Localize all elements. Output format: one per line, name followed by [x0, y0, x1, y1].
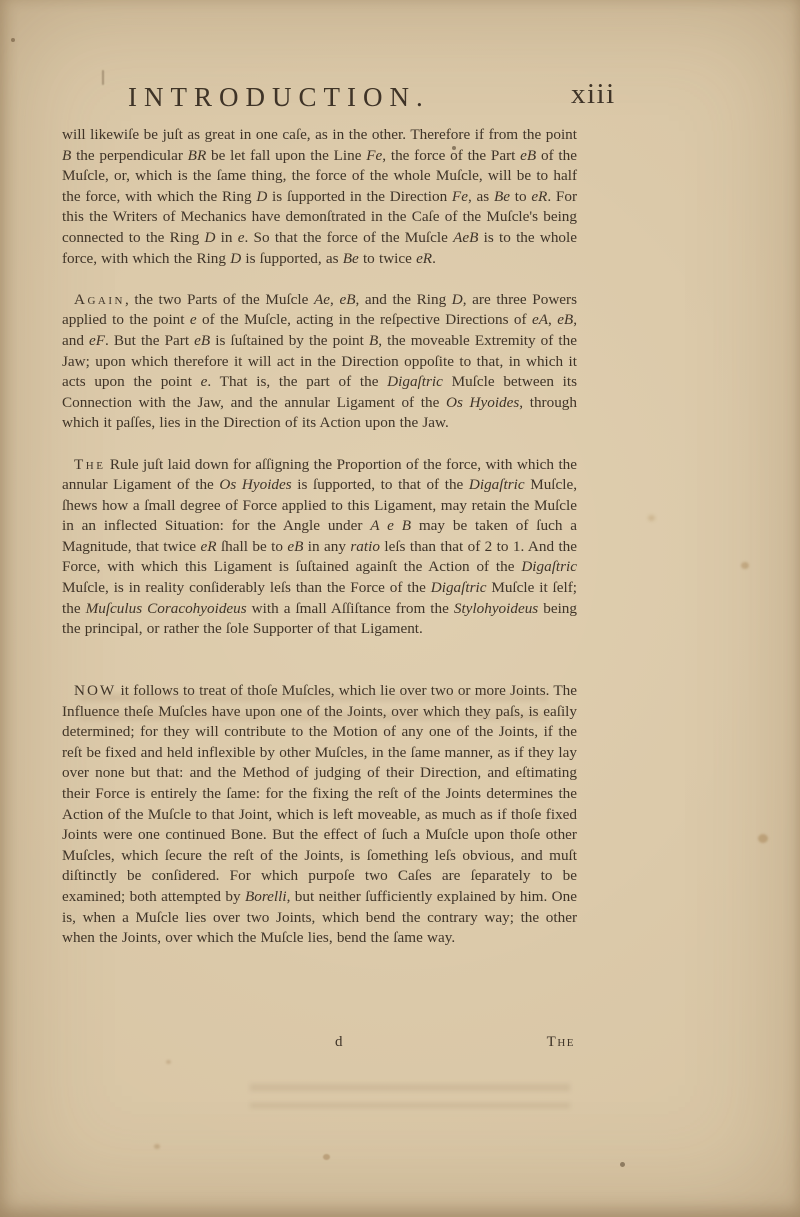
- catchword: The: [547, 1034, 575, 1051]
- text-run-r: of the Muſcle, acting in the reſpective …: [197, 311, 532, 328]
- text-run-caps: NOW: [74, 682, 116, 699]
- text-run-i: Digaſtric: [431, 579, 487, 596]
- text-run-i: Be: [494, 188, 510, 205]
- text-run-r: . But the Part: [105, 332, 194, 349]
- text-run-i: B: [62, 147, 71, 164]
- text-run-i: A e B: [370, 517, 411, 534]
- text-run-i: Os Hyoides: [219, 476, 291, 493]
- paragraph-muscles-over-joints: NOW it follows to treat of thoſe Muſcles…: [62, 681, 577, 949]
- text-run-i: Stylohyoideus: [454, 600, 538, 617]
- ink-speck: [620, 1162, 625, 1167]
- text-run-i: eR: [531, 188, 547, 205]
- text-run-i: BR: [188, 147, 207, 164]
- book-page-scan: INTRODUCTION. xiii will likewiſe be juſt…: [0, 0, 800, 1217]
- text-run-i: Digaſtric: [521, 558, 577, 575]
- text-run-r: is ſuſtained by the point: [210, 332, 369, 349]
- text-run-r: Muſcle, is in reality conſiderably leſs …: [62, 579, 431, 596]
- foxing-spot: [758, 834, 768, 843]
- text-run-sc: The: [74, 456, 105, 473]
- text-run-i: Os Hyoides: [446, 394, 519, 411]
- text-run-i: Be: [343, 250, 359, 267]
- text-run-r: it follows to treat of thoſe Muſcles, wh…: [62, 682, 577, 905]
- text-block: will likewiſe be juſt as great in one ca…: [62, 125, 577, 949]
- text-run-r: will likewiſe be juſt as great in one ca…: [62, 126, 577, 143]
- page-number: xiii: [571, 78, 616, 111]
- text-run-sc: Again: [74, 291, 125, 308]
- text-run-r: to: [510, 188, 531, 205]
- paragraph-again-three-powers: Again, the two Parts of the Muſcle Ae, e…: [62, 290, 577, 434]
- text-run-i: D: [452, 291, 463, 308]
- foxing-spot: [154, 1144, 160, 1149]
- text-run-r: , and the Ring: [356, 291, 452, 308]
- page-header: INTRODUCTION. xiii: [62, 82, 577, 126]
- text-run-i: eR: [416, 250, 432, 267]
- text-run-r: the perpendicular: [71, 147, 187, 164]
- text-run-i: Fe: [366, 147, 382, 164]
- text-run-i: Muſculus Coracohyoideus: [86, 600, 247, 617]
- foxing-spot: [166, 1060, 171, 1064]
- text-run-i: Borelli: [245, 888, 287, 905]
- text-run-r: is ſupported, as: [241, 250, 343, 267]
- text-run-r: .: [432, 250, 436, 267]
- ink-speck: [11, 38, 15, 42]
- text-run-r: , the force of the Part: [382, 147, 520, 164]
- text-run-r: . That is, the part of the: [207, 373, 387, 390]
- text-run-i: AeB: [453, 229, 478, 246]
- foxing-spot: [648, 515, 655, 521]
- text-run-i: eB: [194, 332, 210, 349]
- text-run-r: be let fall upon the Line: [206, 147, 366, 164]
- text-run-r: is ſupported, to that of the: [292, 476, 469, 493]
- text-run-i: eB: [339, 291, 355, 308]
- text-run-i: D: [230, 250, 241, 267]
- text-run-r: . So that the force of the Muſcle: [245, 229, 454, 246]
- signature-mark: d: [335, 1034, 343, 1051]
- text-run-i: e: [190, 311, 197, 328]
- text-run-r: in any: [303, 538, 350, 555]
- foxing-spot: [741, 562, 749, 569]
- paragraph-muscle-force: will likewiſe be juſt as great in one ca…: [62, 125, 577, 269]
- text-run-i: Ae: [314, 291, 330, 308]
- text-run-i: eR: [201, 538, 217, 555]
- text-run-i: Digaſtric: [387, 373, 443, 390]
- text-run-r: with a ſmall Aſſiſtance from the: [247, 600, 454, 617]
- text-run-i: eB: [520, 147, 536, 164]
- text-run-i: eB: [287, 538, 303, 555]
- text-run-r: , as: [468, 188, 494, 205]
- page-title: INTRODUCTION.: [128, 82, 430, 113]
- text-run-r: to twice: [359, 250, 416, 267]
- paragraph-rule-ligament: The Rule juſt laid down for aſſigning th…: [62, 455, 577, 640]
- text-run-i: eB: [557, 311, 573, 328]
- text-run-r: ſhall be to: [217, 538, 288, 555]
- text-run-r: , the two Parts of the Muſcle: [125, 291, 314, 308]
- text-run-i: D: [204, 229, 215, 246]
- verso-show-through: [250, 1084, 570, 1108]
- text-run-r: ,: [548, 311, 557, 328]
- text-run-r: is ſupported in the Direction: [267, 188, 452, 205]
- foxing-spot: [323, 1154, 330, 1160]
- text-run-r: in: [215, 229, 237, 246]
- text-run-i: e: [238, 229, 245, 246]
- page-footer: d The: [62, 1034, 577, 1056]
- text-run-i: ratio: [350, 538, 380, 555]
- text-run-i: Fe: [452, 188, 468, 205]
- text-run-i: Digaſtric: [469, 476, 525, 493]
- text-run-i: eF: [89, 332, 105, 349]
- text-run-i: B: [369, 332, 378, 349]
- text-run-i: D: [256, 188, 267, 205]
- text-run-i: eA: [532, 311, 548, 328]
